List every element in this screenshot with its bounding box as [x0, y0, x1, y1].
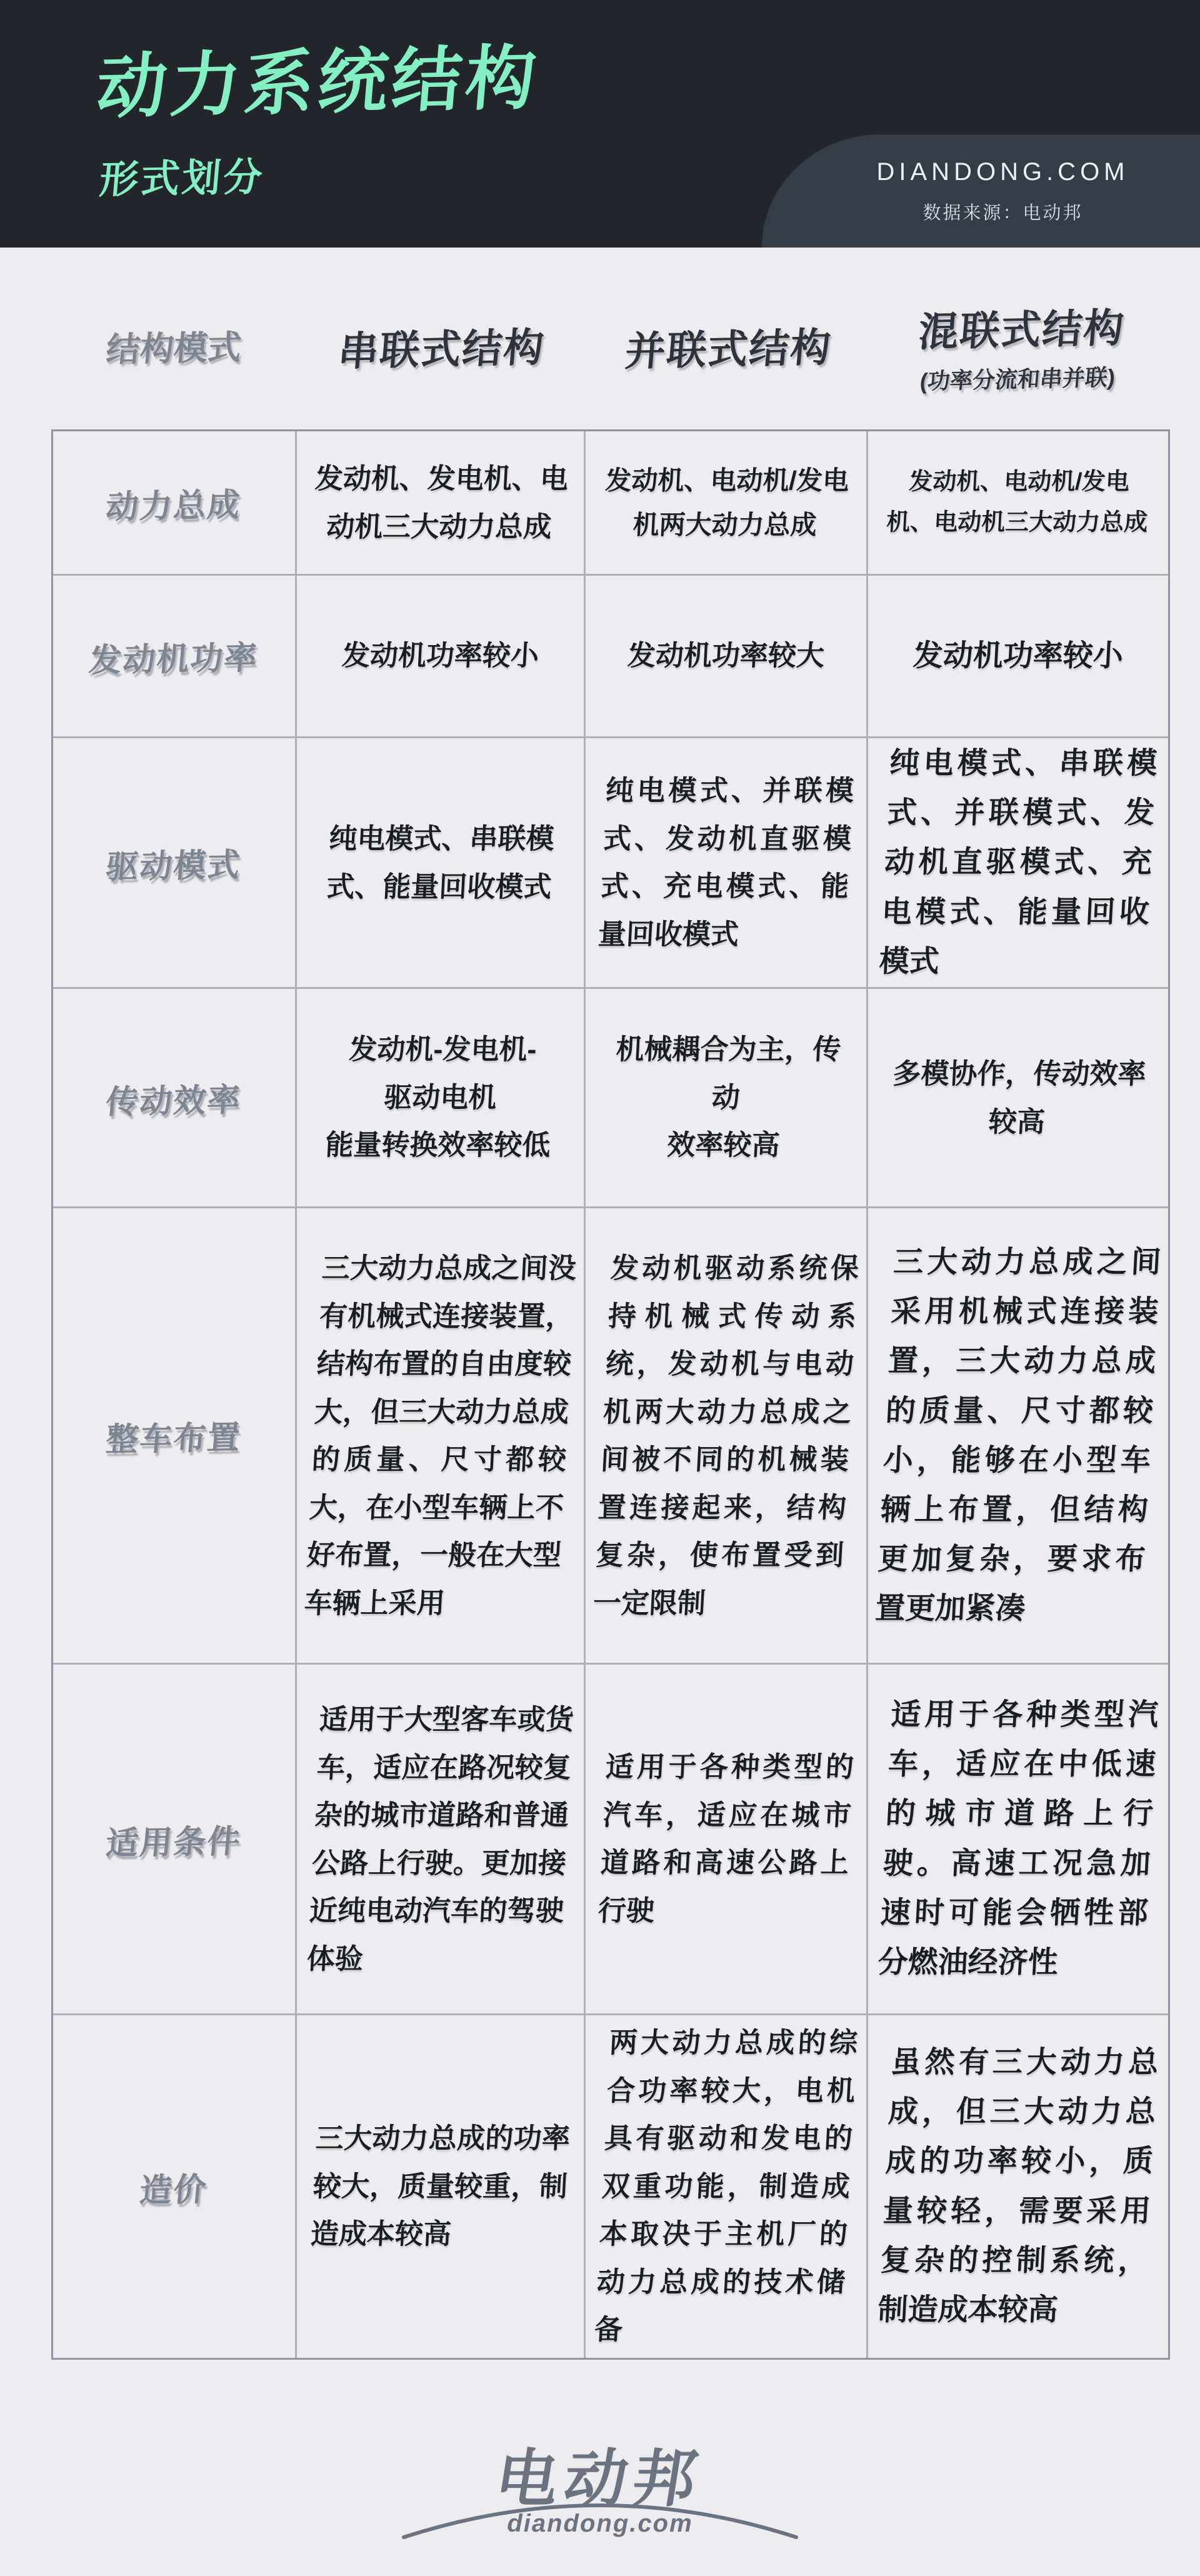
infographic-page: 动力系统结构 形式划分 DIANDONG.COM 数据来源：电动邦 结构模式 串… — [0, 0, 1200, 2576]
table-cell: 三大动力总成之间没有机械式连接装置，结构布置的自由度较大，但三大动力总成的质量、… — [297, 1208, 586, 1665]
row-label-powertrain: 动力总成 — [53, 431, 297, 576]
footer-logo: 电动邦 diandong.com — [0, 2428, 1200, 2538]
corner-label: 结构模式 — [49, 320, 299, 373]
table-cell: 发动机、电动机/发电机两大动力总成 — [586, 431, 868, 576]
table-cell: 发动机-发电机- 驱动电机 能量转换效率较低 — [297, 989, 586, 1208]
table-cell: 发动机、电动机/发电机、电动机三大动力总成 — [868, 431, 1168, 576]
column-header-sublabel: (功率分流和串并联) — [919, 360, 1116, 396]
row-label-text: 动力总成 — [104, 478, 244, 528]
table-cell: 适用于各种类型汽车，适应在中低速的城市道路上行驶。高速工况急加速时可能会牺牲部分… — [868, 1665, 1168, 2015]
row-label-text: 发动机功率 — [87, 631, 261, 681]
site-domain-label: DIANDONG.COM — [877, 158, 1129, 186]
column-header-series: 串联式结构 — [294, 314, 589, 378]
table-cell: 多模协作，传动效率 较高 — [868, 989, 1168, 1208]
row-label-transmission-efficiency: 传动效率 — [53, 989, 297, 1208]
row-label-text: 驱动模式 — [104, 838, 244, 888]
row-label-vehicle-layout: 整车布置 — [53, 1208, 297, 1665]
table-cell: 发动机功率较小 — [297, 576, 586, 738]
row-label-engine-power: 发动机功率 — [53, 576, 297, 738]
table-cell: 适用于大型客车或货车，适应在路况较复杂的城市道路和普通公路上行驶。更加接近纯电动… — [297, 1665, 586, 2015]
row-label-text: 适用条件 — [104, 1815, 244, 1864]
table-cell: 发动机功率较小 — [868, 576, 1168, 738]
column-header-row: 结构模式 串联式结构 并联式结构 混联式结构 (功率分流和串并联) — [51, 263, 1170, 429]
row-label-cost: 造价 — [53, 2015, 297, 2358]
column-header-label: 混联式结构 — [916, 296, 1127, 358]
source-badge: DIANDONG.COM 数据来源：电动邦 — [762, 134, 1200, 248]
column-header-label: 并联式结构 — [623, 315, 834, 377]
page-title: 动力系统结构 — [94, 39, 542, 126]
page-subtitle: 形式划分 — [97, 146, 267, 204]
column-header-parallel: 并联式结构 — [584, 314, 873, 378]
row-label-applicable-conditions: 适用条件 — [53, 1665, 297, 2015]
row-label-text: 传动效率 — [104, 1073, 244, 1123]
table-cell: 机械耦合为主，传动 效率较高 — [586, 989, 868, 1208]
column-header-powersplit: 混联式结构 (功率分流和串并联) — [867, 295, 1174, 397]
table-cell: 发动机、发电机、电动机三大动力总成 — [297, 431, 586, 576]
table-cell: 适用于各种类型的汽车，适应在城市道路和高速公路上行驶 — [586, 1665, 868, 2015]
table-cell: 两大动力总成的综合功率较大，电机具有驱动和发电的双重功能，制造成本取决于主机厂的… — [586, 2015, 868, 2358]
table-cell: 三大动力总成的功率较大，质量较重，制造成本较高 — [297, 2015, 586, 2358]
brand-logo-text: 电动邦 — [490, 2428, 711, 2518]
header: 动力系统结构 形式划分 DIANDONG.COM 数据来源：电动邦 — [0, 0, 1200, 248]
table-cell: 三大动力总成之间采用机械式连接装置，三大动力总成的质量、尺寸都较小，能够在小型车… — [868, 1208, 1168, 1665]
table-cell: 纯电模式、并联模式、发动机直驱模式、充电模式、能量回收模式 — [586, 738, 868, 989]
table-cell: 虽然有三大动力总成，但三大动力总成的功率较小，质量较轻，需要采用复杂的控制系统，… — [868, 2015, 1168, 2358]
data-source-label: 数据来源：电动邦 — [922, 199, 1082, 224]
table-cell: 发动机功率较大 — [586, 576, 868, 738]
comparison-table: 动力总成 发动机、发电机、电动机三大动力总成 发动机、电动机/发电机两大动力总成… — [51, 429, 1170, 2360]
column-header-label: 串联式结构 — [336, 315, 547, 377]
row-label-text: 造价 — [138, 2162, 210, 2210]
row-label-text: 整车布置 — [104, 1411, 244, 1460]
table-cell: 发动机驱动系统保持机械式传动系统，发动机与电动机两大动力总成之间被不同的机械装置… — [586, 1208, 868, 1665]
table-cell: 纯电模式、串联模式、能量回收模式 — [297, 738, 586, 989]
table-cell: 纯电模式、串联模式、并联模式、发动机直驱模式、充电模式、能量回收模式 — [868, 738, 1168, 989]
row-label-drive-modes: 驱动模式 — [53, 738, 297, 989]
